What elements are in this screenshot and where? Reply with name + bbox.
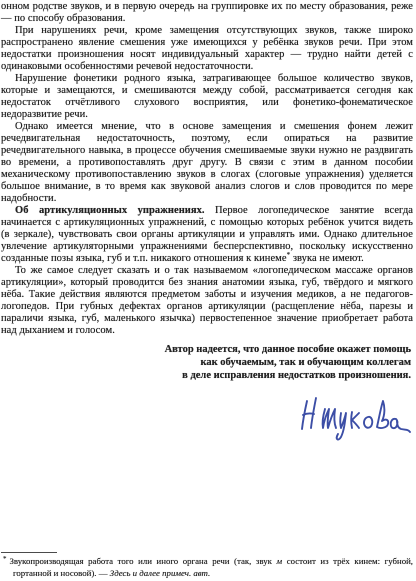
- page-text: онном родстве звуков, и в первую очередь…: [1, 1, 413, 337]
- paragraph: То же самое следует сказать и о так назы…: [1, 265, 413, 337]
- closing-line: как обучаемым, так и обучающим коллегам: [1, 357, 411, 370]
- author-closing-note: Автор надеется, что данное пособие окаже…: [1, 344, 413, 382]
- footnote-area: *Звукопроизводящая работа того или иного…: [1, 552, 413, 579]
- signature-row: [1, 388, 413, 446]
- paragraph: Однако имеется мнение, что в основе заме…: [1, 121, 413, 205]
- paragraph: При нарушениях речи, кроме замещения отс…: [1, 25, 413, 73]
- closing-line: Автор надеется, что данное пособие окаже…: [1, 344, 411, 357]
- paragraph-articulation: Об артикуляционных упражнениях. Первое л…: [1, 205, 413, 265]
- closing-line: в деле исправления недостатков произноше…: [1, 370, 411, 383]
- footnote-marker-asterisk: *: [3, 555, 7, 563]
- author-signature-handwriting: [295, 388, 411, 444]
- bold-lead-articulation: Об артикуляционных упражнениях.: [15, 205, 205, 216]
- footnote-body: Звукопроизводящая работа того или иного …: [10, 556, 277, 566]
- paragraph-continuation: онном родстве звуков, и в первую очередь…: [1, 1, 413, 25]
- footnote-author-note: Здесь и далее примеч. авт.: [110, 568, 211, 578]
- book-page: онном родстве звуков, и в первую очередь…: [0, 0, 416, 581]
- paragraph: Нарушение фонетики родного языка, затраг…: [1, 73, 413, 121]
- footnote-divider: [1, 552, 57, 553]
- footnote-text: *Звукопроизводящая работа того или иного…: [1, 556, 413, 579]
- paragraph-text: звука не имеют.: [290, 253, 364, 264]
